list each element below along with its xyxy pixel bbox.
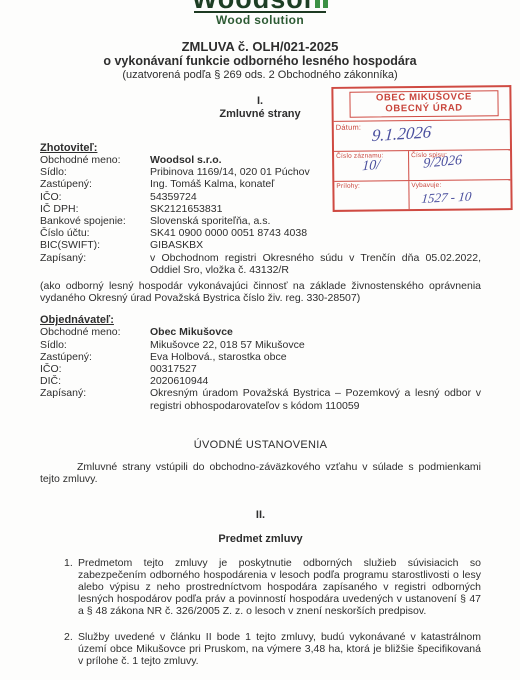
stamp-header: OBEC MIKUŠOVCE OBECNÝ ÚRAD: [349, 90, 498, 118]
tree-icon: [312, 0, 328, 10]
contract-body: Zhotoviteľ: Obchodné meno:Woodsol s.r.o.…: [0, 142, 520, 667]
contract-number-title: ZMLUVA č. OLH/021-2025: [0, 40, 520, 54]
field-value: Obec Mikušovce: [150, 326, 481, 338]
company-logo: Woodsol Wood solution: [0, 0, 520, 27]
client-row: DIČ:2020610944: [40, 375, 481, 387]
contract-subject-title: o vykonávaní funkcie odborného lesného h…: [0, 54, 520, 68]
stamp-handler-row: Prílohy: Vybavuje: 1527 - 10: [334, 179, 510, 210]
list-item-number: 1.: [64, 557, 78, 618]
stamp-handler-cell: Vybavuje: 1527 - 10: [409, 180, 510, 209]
field-label: IČO:: [40, 363, 150, 375]
field-label: Zastúpený:: [40, 351, 150, 363]
legal-basis-line: (uzatvorená podľa § 269 ods. 2 Obchodnéh…: [0, 69, 520, 81]
list-item-text: Predmetom tejto zmluvy je poskytnutie od…: [78, 557, 481, 618]
logo-wordmark-text: Woodsol: [192, 0, 312, 10]
list-item-number: 2.: [64, 631, 78, 668]
stamp-attachments-label: Prílohy:: [336, 183, 360, 190]
contract-page: Woodsol Wood solution ZMLUVA č. OLH/021-…: [0, 0, 520, 667]
contractor-row: Bankové spojenie:Slovenská sporiteľňa, a…: [40, 215, 481, 227]
stamp-handler-handwritten: 1527 - 10: [421, 189, 472, 207]
title-block: ZMLUVA č. OLH/021-2025 o vykonávaní funk…: [0, 40, 520, 81]
field-value: Okresným úradom Považská Bystrica – Poze…: [150, 387, 481, 411]
section-2-number: II.: [40, 509, 481, 521]
field-label: Bankové spojenie:: [40, 215, 150, 227]
stamp-record-handwritten: 10/: [362, 158, 381, 176]
field-label: Obchodné meno:: [40, 326, 150, 338]
field-label: Číslo účtu:: [40, 227, 150, 239]
list-item: 2. Služby uvedené v článku II bode 1 tej…: [40, 631, 481, 668]
stamp-date-handwritten: 9.1.2026: [371, 122, 432, 146]
section-2-title: Predmet zmluvy: [40, 533, 481, 545]
client-row: Obchodné meno:Obec Mikušovce: [40, 326, 481, 338]
field-value: v Obchodnom registri Okresného súdu v Tr…: [150, 252, 481, 276]
stamp-attachments-cell: Prílohy:: [334, 181, 409, 210]
logo-wordmark: Woodsol: [192, 0, 328, 10]
stamp-date-row: Dátum: 9.1.2026: [334, 119, 510, 151]
stamp-org-line2: OBECNÝ ÚRAD: [351, 103, 498, 115]
contractor-row: BIC(SWIFT):GIBASKBX: [40, 239, 481, 251]
field-value: 2020610944: [150, 375, 481, 387]
stamp-date-label: Dátum:: [336, 123, 361, 132]
contractor-row: Zapísaný:v Obchodnom registri Okresného …: [40, 252, 481, 276]
list-item-text: Služby uvedené v článku II bode 1 tejto …: [78, 631, 481, 668]
contractor-row: Číslo účtu:SK41 0900 0000 0051 8743 4038: [40, 227, 481, 239]
stamp-handler-label: Vybavuje:: [411, 182, 441, 189]
client-row: Sídlo:Mikušovce 22, 018 57 Mikušovce: [40, 339, 481, 351]
field-label: BIC(SWIFT):: [40, 239, 150, 251]
intro-provisions-paragraph: Zmluvné strany vstúpili do obchodno-závä…: [40, 461, 481, 485]
stamp-numbers-row: Číslo záznamu: 10/ Číslo spisu: 9/2026: [334, 149, 510, 181]
field-value: SK41 0900 0000 0051 8743 4038: [150, 227, 481, 239]
client-details: Obchodné meno:Obec Mikušovce Sídlo:Mikuš…: [40, 326, 481, 411]
field-label: Zapísaný:: [40, 252, 150, 276]
stamp-file-cell: Číslo spisu: 9/2026: [409, 150, 510, 180]
field-label: Obchodné meno:: [40, 154, 150, 166]
stamp-record-cell: Číslo záznamu: 10/: [334, 151, 409, 181]
intro-provisions-heading: ÚVODNÉ USTANOVENIA: [40, 439, 481, 451]
field-value: 00317527: [150, 363, 481, 375]
field-value: Eva Holbová., starostka obce: [150, 351, 481, 363]
field-label: IČ DPH:: [40, 203, 150, 215]
client-row: Zapísaný:Okresným úradom Považská Bystri…: [40, 387, 481, 411]
field-value: Slovenská sporiteľňa, a.s.: [150, 215, 481, 227]
list-item: 1. Predmetom tejto zmluvy je poskytnutie…: [40, 557, 481, 618]
stamp-file-handwritten: 9/2026: [423, 153, 462, 173]
field-label: IČO:: [40, 191, 150, 203]
client-row: Zastúpený:Eva Holbová., starostka obce: [40, 351, 481, 363]
contractor-license-note: (ako odborný lesný hospodár vykonávajúci…: [40, 280, 481, 304]
municipal-registry-stamp: OBEC MIKUŠOVCE OBECNÝ ÚRAD Dátum: 9.1.20…: [331, 85, 512, 212]
subject-clauses-list: 1. Predmetom tejto zmluvy je poskytnutie…: [40, 557, 481, 668]
field-value: GIBASKBX: [150, 239, 481, 251]
client-row: IČO:00317527: [40, 363, 481, 375]
field-label: Sídlo:: [40, 166, 150, 178]
field-label: Zapísaný:: [40, 387, 150, 411]
logo-tagline: Wood solution: [0, 13, 520, 27]
field-value: Mikušovce 22, 018 57 Mikušovce: [150, 339, 481, 351]
field-label: Zastúpený:: [40, 178, 150, 190]
field-label: DIČ:: [40, 375, 150, 387]
logo-wordmark-clipped: Woodsol: [0, 0, 520, 10]
client-heading: Objednávateľ:: [40, 314, 481, 326]
field-label: Sídlo:: [40, 339, 150, 351]
